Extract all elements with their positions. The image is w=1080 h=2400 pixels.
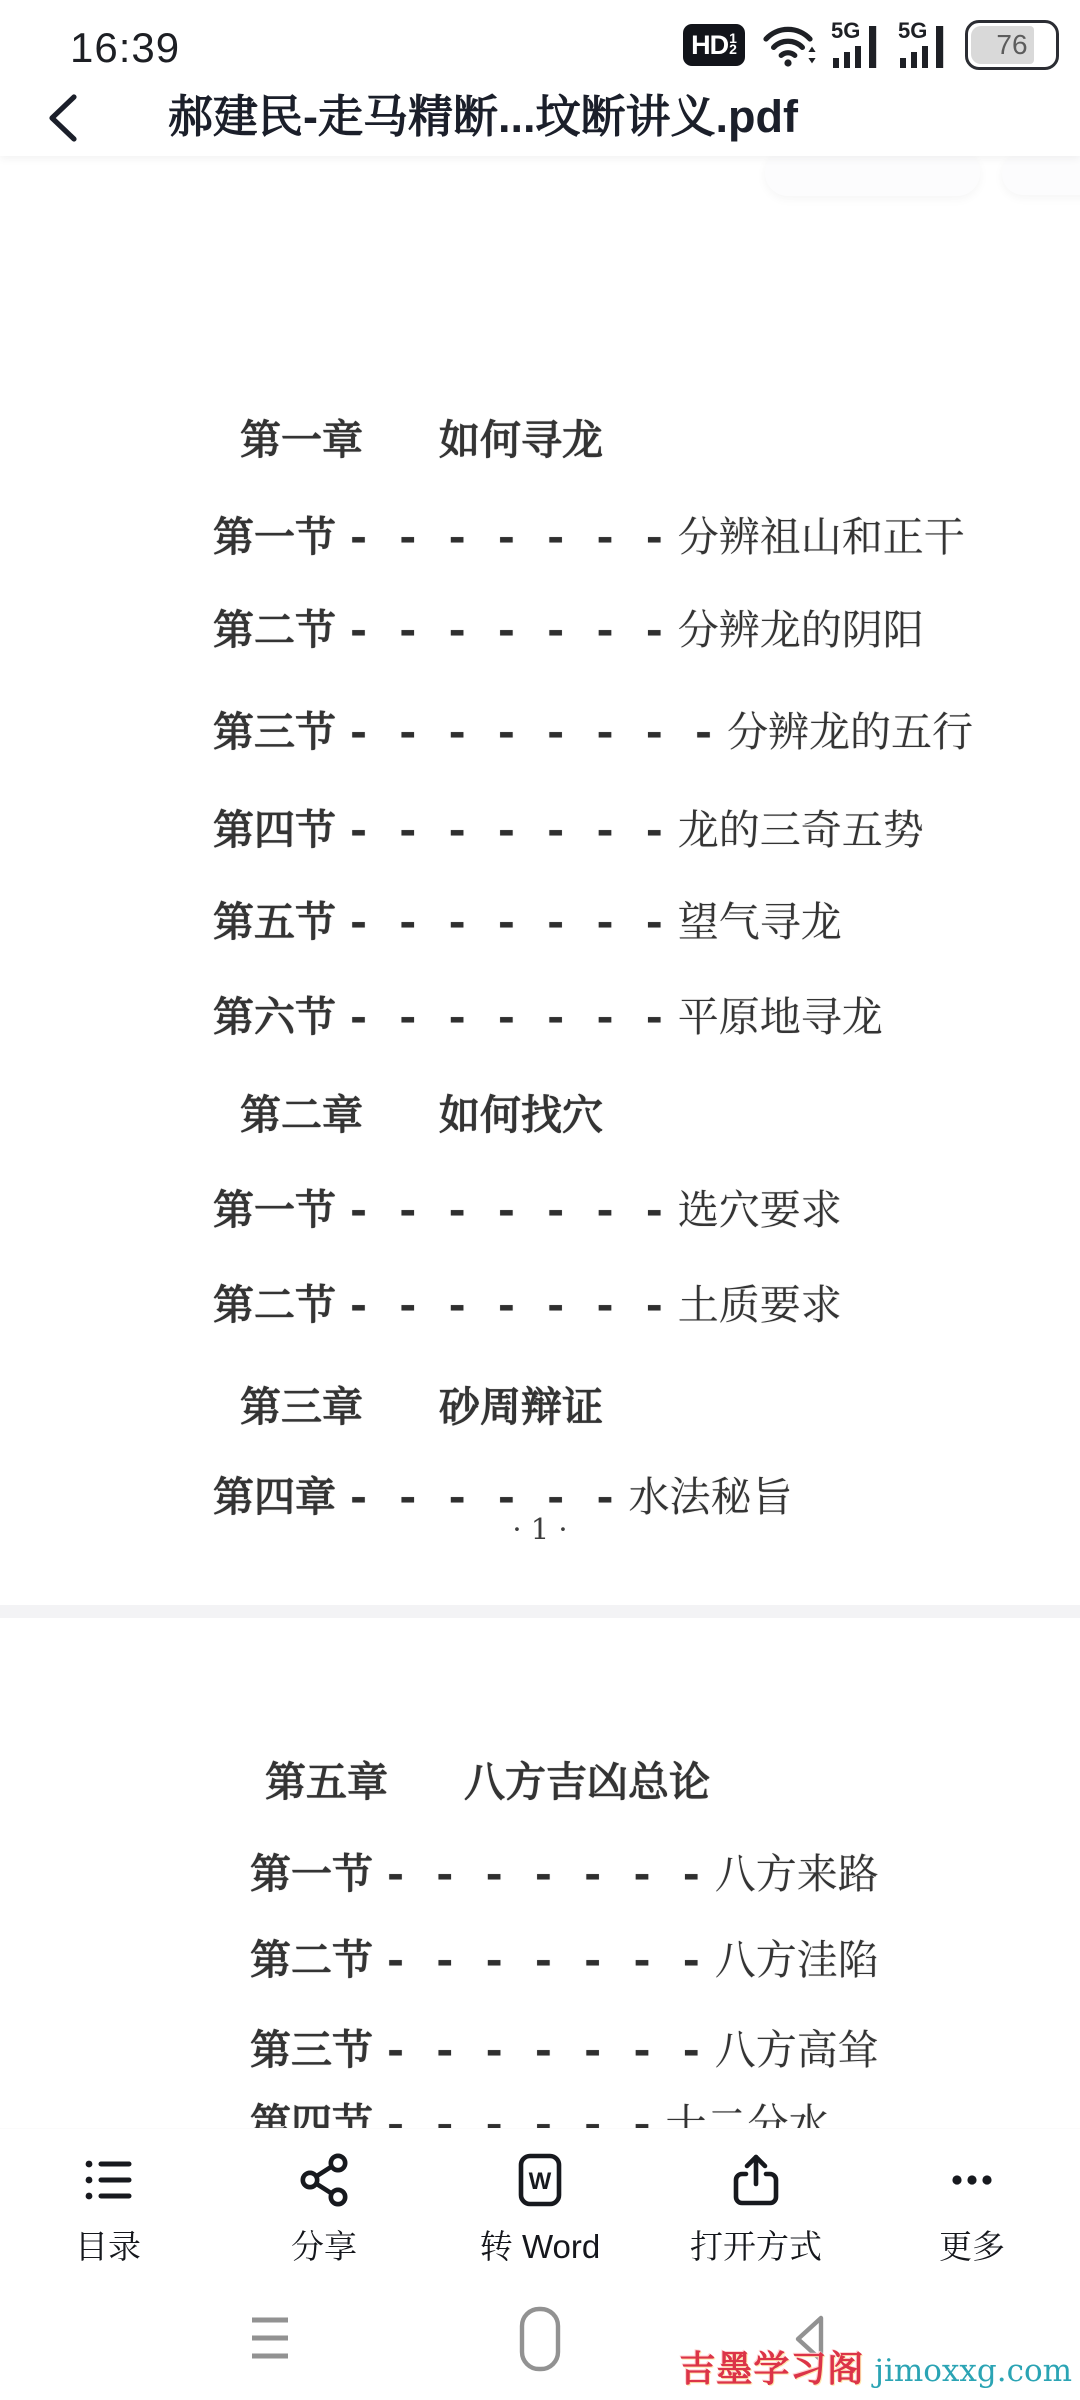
chevron-left-icon — [46, 93, 80, 143]
toc-line-title: 如何寻龙 — [439, 416, 603, 464]
toolbar-label: 更多 — [939, 2221, 1005, 2268]
toc-line-title: 八方高耸 — [715, 2026, 879, 2074]
toc-line-title: 八方吉凶总论 — [464, 1758, 710, 1806]
toc-line-title: 分辨祖山和正干 — [678, 513, 965, 561]
status-time: 16:39 — [70, 0, 180, 90]
watermark: 吉墨学习阁 jimoxxg.com — [679, 2341, 1072, 2392]
toc-line-label: 第一章 — [240, 416, 363, 464]
toc-line: 第二节- - - - - - -八方洼陷 — [250, 1938, 879, 1982]
toolbar-item-word-convert[interactable]: W 转 Word — [432, 2129, 648, 2291]
toc-line: 第五节- - - - - - -望气寻龙 — [213, 900, 842, 944]
wifi-icon — [760, 19, 816, 71]
toc-list-icon — [81, 2153, 135, 2207]
toc-line-label: 第四节 — [213, 806, 336, 854]
toc-line-title: 龙的三奇五势 — [678, 806, 924, 854]
toc-line-label: 第二节 — [213, 606, 336, 654]
toolbar-label: 分享 — [291, 2221, 357, 2268]
toc-line-dashes: - - - - - - - - — [350, 708, 721, 756]
toc-line: 第一章如何寻龙 — [240, 418, 603, 462]
recents-icon — [247, 2310, 293, 2368]
toc-line-label: 第一节 — [213, 1186, 336, 1234]
battery-icon: 76 — [965, 20, 1054, 70]
toc-line-label: 第五节 — [213, 898, 336, 946]
toolbar-item-toc[interactable]: 目录 — [0, 2129, 216, 2291]
signal-5g-sim2-icon: 5G — [898, 20, 950, 70]
toc-line: 第二节- - - - - - -分辨龙的阴阳 — [213, 608, 924, 652]
toc-line-label: 第一节 — [213, 513, 336, 561]
toc-line-title: 八方来路 — [715, 1850, 879, 1898]
toc-line-label: 第三节 — [250, 2026, 373, 2074]
more-icon — [945, 2153, 999, 2207]
toc-line: 第六节- - - - - - -平原地寻龙 — [213, 995, 883, 1039]
toc-line: 第一节- - - - - - -选穴要求 — [213, 1188, 842, 1232]
back-button[interactable] — [46, 86, 96, 150]
app-bar: 郝建民-走马精断...坟断讲义.pdf — [0, 90, 1080, 156]
toc-line-title: 分辨龙的五行 — [727, 708, 973, 756]
toc-line-title: 八方洼陷 — [715, 1936, 879, 1984]
watermark-link: jimoxxg.com — [874, 2353, 1072, 2389]
page-number: · 1 · — [0, 1512, 1080, 1546]
battery-percent: 76 — [968, 29, 1056, 61]
toc-line-label: 第二节 — [250, 1936, 373, 1984]
toc-line-dashes: - - - - - - - — [350, 993, 672, 1041]
document-title: 郝建民-走马精断...坟断讲义.pdf — [168, 82, 868, 152]
toc-line-label: 第二章 — [240, 1091, 363, 1139]
toc-line: 第二节- - - - - - -土质要求 — [213, 1283, 842, 1327]
toc-line-title: 土质要求 — [678, 1281, 842, 1329]
toc-line: 第五章八方吉凶总论 — [265, 1760, 710, 1804]
home-icon — [518, 2306, 562, 2372]
recents-button[interactable] — [240, 2304, 300, 2374]
toc-line-dashes: - - - - - - - — [350, 513, 672, 561]
toc-line-title: 望气寻龙 — [678, 898, 842, 946]
toolbar-label: 打开方式 — [690, 2221, 822, 2268]
toc-line-label: 第六节 — [213, 993, 336, 1041]
toc-line-dashes: - - - - - - - — [350, 1281, 672, 1329]
toolbar-label: 目录 — [75, 2221, 141, 2268]
floating-pill-button[interactable] — [765, 150, 980, 196]
home-button[interactable] — [510, 2304, 570, 2374]
status-icons: HD 12 5G 5G — [683, 0, 1054, 90]
toc-line-label: 第二节 — [213, 1281, 336, 1329]
signal-5g-sim1-icon: 5G — [831, 20, 883, 70]
toc-line-dashes: - - - - - - - — [387, 1936, 709, 1984]
toc-line-dashes: - - - - - - - — [350, 606, 672, 654]
toc-line-title: 砂周辩证 — [439, 1383, 603, 1431]
svg-text:5G: 5G — [898, 20, 927, 43]
toc-line-dashes: - - - - - - - — [350, 806, 672, 854]
toolbar-item-open-with[interactable]: 打开方式 — [648, 2129, 864, 2291]
toc-line: 第一节- - - - - - -分辨祖山和正干 — [213, 515, 965, 559]
toc-line-dashes: - - - - - - - — [350, 1186, 672, 1234]
toolbar-label: 转 Word — [480, 2221, 600, 2268]
open-with-icon — [729, 2153, 783, 2207]
page-separator — [0, 1605, 1080, 1618]
hd-volte-icon: HD 12 — [683, 24, 745, 66]
toc-line-title: 如何找穴 — [439, 1091, 603, 1139]
svg-text:W: W — [529, 2168, 552, 2195]
word-convert-icon: W — [513, 2153, 567, 2207]
svg-text:5G: 5G — [831, 20, 860, 43]
toolbar-item-more[interactable]: 更多 — [864, 2129, 1080, 2291]
toc-line: 第一节- - - - - - -八方来路 — [250, 1852, 879, 1896]
toc-line-dashes: - - - - - - - — [387, 2026, 709, 2074]
phone-screen: 16:39 HD 12 5G 5G — [0, 0, 1080, 2400]
toc-line-title: 选穴要求 — [678, 1186, 842, 1234]
status-bar: 16:39 HD 12 5G 5G — [0, 0, 1080, 90]
toc-line-label: 第一节 — [250, 1850, 373, 1898]
toc-line-dashes: - - - - - - - — [350, 898, 672, 946]
watermark-cn: 吉墨学习阁 — [679, 2341, 864, 2392]
toc-line-title: 分辨龙的阴阳 — [678, 606, 924, 654]
toc-line: 第二章如何找穴 — [240, 1093, 603, 1137]
pdf-content: 第一章如何寻龙第一节- - - - - - -分辨祖山和正干第二节- - - -… — [0, 0, 1080, 2400]
toc-line-label: 第五章 — [265, 1758, 388, 1806]
share-icon — [297, 2153, 351, 2207]
bottom-toolbar: 目录 分享 W 转 Word 打开方式 — [0, 2128, 1080, 2291]
navigation-bar: 吉墨学习阁 jimoxxg.com — [0, 2290, 1080, 2400]
toc-line-title: 平原地寻龙 — [678, 993, 883, 1041]
toc-line-label: 第三章 — [240, 1383, 363, 1431]
toc-line: 第三节- - - - - - - -分辨龙的五行 — [213, 710, 973, 754]
toc-line: 第四节- - - - - - -龙的三奇五势 — [213, 808, 924, 852]
toc-line-dashes: - - - - - - - — [387, 1850, 709, 1898]
toolbar-item-share[interactable]: 分享 — [216, 2129, 432, 2291]
toc-line: 第三节- - - - - - -八方高耸 — [250, 2028, 879, 2072]
toc-line: 第三章砂周辩证 — [240, 1385, 603, 1429]
toc-line-label: 第三节 — [213, 708, 336, 756]
floating-pill-button[interactable] — [1002, 153, 1080, 195]
